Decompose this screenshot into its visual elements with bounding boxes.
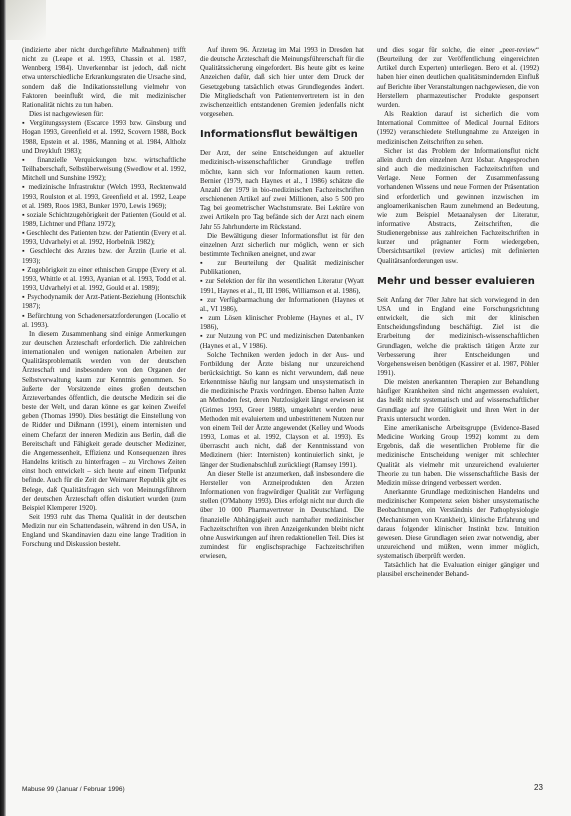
bullet-item: Psychodynamik der Arzt-Patient-Beziehung… — [22, 293, 186, 311]
paragraph: Eine amerikanische Arbeitsgruppe (Eviden… — [377, 424, 539, 488]
paragraph: An dieser Stelle ist anzumerken, daß ins… — [200, 470, 364, 562]
bullet-item: zur Selektion der für ihn wesentlichen L… — [200, 277, 364, 295]
section-heading: Informationsflut bewältigen — [200, 129, 364, 141]
text-column-left: (indizierte aber nicht durchgeführte Maß… — [22, 46, 186, 550]
paragraph: Seit 1993 ruht das Thema Qualität in der… — [22, 513, 186, 550]
paragraph: Die Bewältigung dieser Informationsflut … — [200, 232, 364, 259]
paragraph: und dies sogar für solche, die einer „pe… — [377, 46, 539, 110]
bullet-item: soziale Schichtzugehörigkeit der Patient… — [22, 211, 186, 229]
paragraph: In diesem Zusammenhang sind einige Anmer… — [22, 330, 186, 513]
paragraph: Seit Anfang der 70er Jahre hat sich vorw… — [377, 296, 539, 378]
journal-footer: Mabuse 99 (Januar / Februar 1996) — [22, 786, 125, 793]
paragraph: (indizierte aber nicht durchgeführte Maß… — [22, 46, 186, 110]
bullet-item: zur Beurteilung der Qualität medizinisch… — [200, 259, 364, 277]
page-number: 23 — [534, 783, 543, 792]
bullet-item: medizinische Infrastruktur (Welch 1993, … — [22, 183, 186, 210]
paragraph: Tatsächlich hat die Evaluation einiger g… — [377, 561, 539, 579]
paragraph: Sicher ist das Problem der Informationsf… — [377, 147, 539, 266]
paragraph: Dies ist nachgewiesen für: — [22, 110, 186, 119]
text-column-right: und dies sogar für solche, die einer „pe… — [377, 46, 539, 580]
bullet-item: Vergütungssystem (Escarce 1993 bzw. Gins… — [22, 119, 186, 156]
bullet-item: finanzielle Verquickungen bzw. wirtschaf… — [22, 156, 186, 183]
paragraph: Anerkannte Grundlage medizinischen Hande… — [377, 488, 539, 561]
paragraph: Als Reaktion darauf ist sicherlich die v… — [377, 110, 539, 147]
bullet-item: Befürchtung von Schadenersatzforderungen… — [22, 312, 186, 330]
bullet-item: zur Nutzung von PC und medizinischen Dat… — [200, 332, 364, 350]
page-spine-shadow — [0, 0, 6, 816]
section-heading: Mehr und besser evaluieren — [377, 276, 539, 288]
bullet-item: Geschlecht des Patienten bzw. der Patien… — [22, 229, 186, 247]
paragraph: Die meisten anerkannten Therapien zur Be… — [377, 378, 539, 424]
paragraph: Der Arzt, der seine Entscheidungen auf a… — [200, 149, 364, 231]
scan-corner-shadow — [6, 0, 46, 40]
bullet-item: Geschlecht des Arztes bzw. der Ärztin (L… — [22, 247, 186, 265]
paragraph: Auf ihrem 96. Ärztetag im Mai 1993 in Dr… — [200, 46, 364, 119]
bullet-item: zur Verfügbarmachung der Informationen (… — [200, 296, 364, 314]
paragraph: Solche Techniken werden jedoch in der Au… — [200, 351, 364, 470]
text-column-middle: Auf ihrem 96. Ärztetag im Mai 1993 in Dr… — [200, 46, 364, 561]
bullet-item: Zugehörigkeit zu einer ethnischen Gruppe… — [22, 266, 186, 293]
bullet-item: zum Lösen klinischer Probleme (Haynes et… — [200, 314, 364, 332]
